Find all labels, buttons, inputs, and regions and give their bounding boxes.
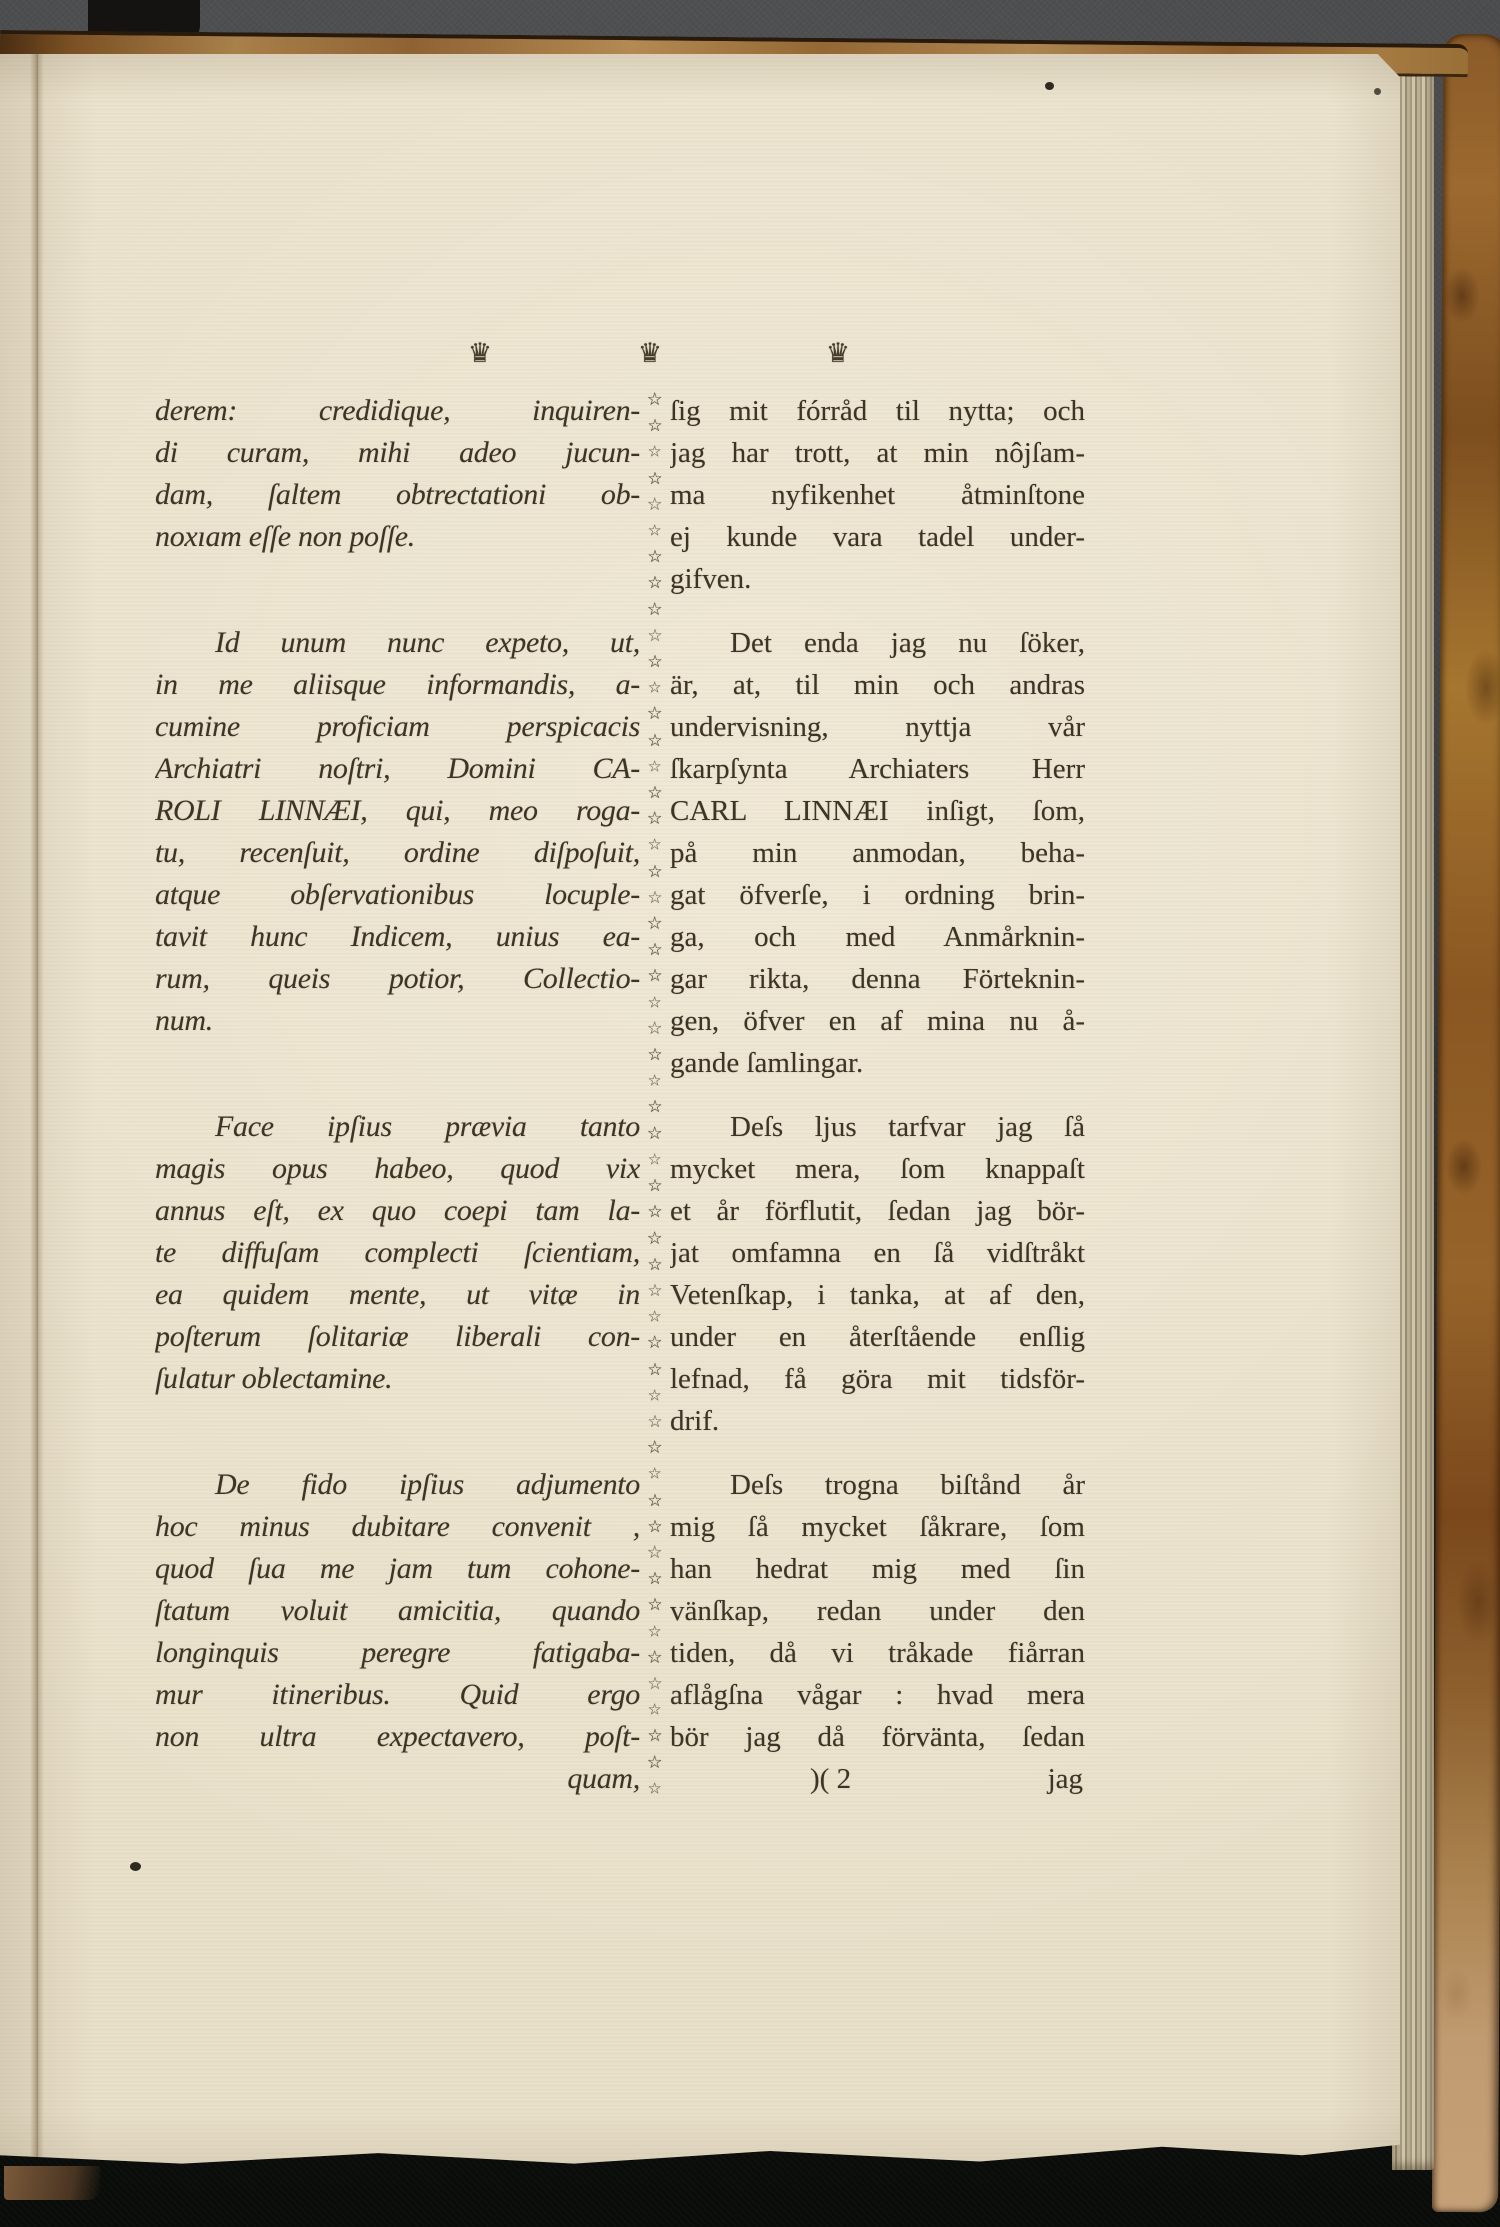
star-ornament-icon: ☆ xyxy=(648,1310,662,1326)
text-line: in me aliisque informandis, a- xyxy=(155,664,640,706)
star-ornament-icon: ☆ xyxy=(648,681,662,697)
book-cover-bottom-left-tip xyxy=(4,2166,100,2200)
star-ornament-icon: ☆ xyxy=(647,916,663,934)
text-line: gat öfverſe, i ordning brin- xyxy=(670,874,1085,916)
text-line: mig ſå mycket ſåkrare, ſom xyxy=(670,1506,1085,1548)
star-ornament-icon: ☆ xyxy=(647,1362,662,1379)
text-line: på min anmodan, beha- xyxy=(670,832,1085,874)
text-line: num. xyxy=(155,1000,640,1042)
star-ornament-icon: ☆ xyxy=(648,760,662,776)
text-line: drif. xyxy=(670,1400,1085,1442)
text-line: gande ſamlingar. xyxy=(670,1042,1085,1084)
signature-line: )( 2jag xyxy=(670,1758,1085,1800)
text-line: är, at, til min och andras xyxy=(670,664,1085,706)
star-ornament-icon: ☆ xyxy=(647,733,662,750)
text-line: bör jag då förvänta, ſedan xyxy=(670,1716,1085,1758)
star-ornament-icon: ☆ xyxy=(647,785,662,802)
star-ornament-icon: ☆ xyxy=(647,1728,662,1745)
text-line: gar rikta, denna Förteknin- xyxy=(670,958,1085,1000)
text-line: Vetenſkap, i tanka, at af den, xyxy=(670,1274,1085,1316)
text-line: ſig mit fórråd til nytta; och xyxy=(670,390,1085,432)
two-column-text: ☆☆☆☆☆☆☆☆☆☆☆☆☆☆☆☆☆☆☆☆☆☆☆☆☆☆☆☆☆☆☆☆☆☆☆☆☆☆☆☆… xyxy=(155,390,1085,1800)
text-block: ♛ ♛ ♛ ☆☆☆☆☆☆☆☆☆☆☆☆☆☆☆☆☆☆☆☆☆☆☆☆☆☆☆☆☆☆☆☆☆☆… xyxy=(155,338,1085,1800)
col-right-paragraph-1: ſig mit fórråd til nytta; ochjag har tro… xyxy=(670,390,1085,600)
text-line: De fido ipſius adjumento xyxy=(155,1464,640,1506)
text-line: hoc minus dubitare convenit , xyxy=(155,1506,640,1548)
text-line: lefnad, få göra mit tidsför- xyxy=(670,1358,1085,1400)
book-page: ♛ ♛ ♛ ☆☆☆☆☆☆☆☆☆☆☆☆☆☆☆☆☆☆☆☆☆☆☆☆☆☆☆☆☆☆☆☆☆☆… xyxy=(0,54,1400,2170)
text-line: Deſs ljus tarfvar jag ſå xyxy=(670,1106,1085,1148)
text-line: atque obſervationibus locuple- xyxy=(155,874,640,916)
star-ornament-icon: ☆ xyxy=(648,1153,662,1169)
text-line: mur itineribus. Quid ergo xyxy=(155,1674,640,1716)
star-ornament-icon: ☆ xyxy=(647,1047,662,1064)
star-ornament-icon: ☆ xyxy=(648,838,662,854)
text-line: rum, queis potior, Collectio- xyxy=(155,958,640,1000)
star-ornament-icon: ☆ xyxy=(647,706,663,724)
text-line: han hedrat mig med ſin xyxy=(670,1548,1085,1590)
star-ornament-icon: ☆ xyxy=(647,1230,663,1248)
col-right-paragraph-4: Deſs trogna biſtånd årmig ſå mycket ſåkr… xyxy=(670,1464,1085,1800)
star-ornament-icon: ☆ xyxy=(648,1074,662,1090)
ink-speck xyxy=(1045,82,1054,90)
text-line: annus eſt, ex quo coepi tam la- xyxy=(155,1190,640,1232)
text-line: gen, öfver en af mina nu å- xyxy=(670,1000,1085,1042)
ornament-row: ♛ ♛ ♛ xyxy=(155,338,1085,386)
star-ornament-icon: ☆ xyxy=(648,445,662,461)
star-ornament-icon: ☆ xyxy=(647,1571,662,1588)
star-ornament-icon: ☆ xyxy=(647,1519,662,1536)
text-line: ROLI LINNÆI, qui, meo roga- xyxy=(155,790,640,832)
star-ornament-icon: ☆ xyxy=(647,1178,662,1195)
col-right-paragraph-2: Det enda jag nu ſöker,är, at, til min oc… xyxy=(670,622,1085,1084)
signature-mark: )( 2 xyxy=(810,1758,851,1800)
text-line: gifven. xyxy=(670,558,1085,600)
star-ornament-icon: ☆ xyxy=(648,1388,662,1404)
star-ornament-icon: ☆ xyxy=(647,549,662,566)
text-line: jag har trott, at min nôjſam- xyxy=(670,432,1085,474)
star-ornament-icon: ☆ xyxy=(647,1335,663,1353)
star-ornament-icon: ☆ xyxy=(647,1125,663,1143)
star-ornament-icon: ☆ xyxy=(647,654,662,671)
star-ornament-icon: ☆ xyxy=(647,1099,662,1116)
gutter-crease xyxy=(30,54,44,2170)
text-line: ſkarpſynta Archiaters Herr xyxy=(670,748,1085,790)
star-ornament-icon: ☆ xyxy=(647,1283,662,1300)
text-line: ej kunde vara tadel under- xyxy=(670,516,1085,558)
star-ornament-icon: ☆ xyxy=(647,942,662,959)
text-line: magis opus habeo, quod vix xyxy=(155,1148,640,1190)
star-ornament-icon: ☆ xyxy=(647,864,662,881)
crown-ornament-icon: ♛ xyxy=(826,338,850,369)
star-ornament-icon: ☆ xyxy=(647,1676,662,1693)
star-ornament-icon: ☆ xyxy=(648,995,662,1011)
star-ornament-icon: ☆ xyxy=(647,968,662,985)
star-ornament-icon: ☆ xyxy=(647,418,662,435)
col-left-paragraph-4: De fido ipſius adjumentohoc minus dubita… xyxy=(155,1464,640,1800)
star-ornament-icon: ☆ xyxy=(648,1781,662,1797)
text-line: te diffuſam complecti ſcientiam, xyxy=(155,1232,640,1274)
text-line: Face ipſius prævia tanto xyxy=(155,1106,640,1148)
catchword: quam, xyxy=(155,1758,640,1800)
star-ornament-icon: ☆ xyxy=(647,1649,663,1667)
crown-ornament-icon: ♛ xyxy=(638,338,662,369)
star-ornament-icon: ☆ xyxy=(647,1754,663,1772)
text-line: undervisning, nyttja vår xyxy=(670,706,1085,748)
text-line: Archiatri noſtri, Domini CA- xyxy=(155,748,640,790)
star-ornament-icon: ☆ xyxy=(648,524,662,540)
star-ornament-icon: ☆ xyxy=(647,1493,662,1510)
ink-speck xyxy=(130,1862,141,1871)
star-ornament-icon: ☆ xyxy=(647,1021,663,1039)
star-ornament-icon: ☆ xyxy=(647,1414,662,1431)
text-line: tiden, då vi tråkade fiårran xyxy=(670,1632,1085,1674)
star-ornament-icon: ☆ xyxy=(647,496,663,514)
star-ornament-icon: ☆ xyxy=(647,1545,663,1563)
star-ornament-icon: ☆ xyxy=(647,601,663,619)
text-line: Det enda jag nu ſöker, xyxy=(670,622,1085,664)
text-line: tu, recenſuit, ordine diſpoſuit, xyxy=(155,832,640,874)
col-right-paragraph-3: Deſs ljus tarfvar jag ſåmycket mera, ſom… xyxy=(670,1106,1085,1442)
star-ornament-icon: ☆ xyxy=(648,1624,662,1640)
text-line: et år förflutit, ſedan jag bör- xyxy=(670,1190,1085,1232)
text-line: ſulatur oblectamine. xyxy=(155,1358,640,1400)
star-ornament-icon: ☆ xyxy=(647,575,662,592)
star-ornament-icon: ☆ xyxy=(648,1703,662,1719)
text-line: vänſkap, redan under den xyxy=(670,1590,1085,1632)
text-line: aflågſna vågar : hvad mera xyxy=(670,1674,1085,1716)
star-ornament-icon: ☆ xyxy=(647,811,663,829)
text-line: under en återſtående enſlig xyxy=(670,1316,1085,1358)
text-line: di curam, mihi adeo jucun- xyxy=(155,432,640,474)
book-cover-right-edge xyxy=(1432,34,1500,2212)
text-line: longinquis peregre fatigaba- xyxy=(155,1632,640,1674)
col-left-paragraph-1: derem: credidique, inquiren-di curam, mi… xyxy=(155,390,640,600)
star-ornament-icon: ☆ xyxy=(647,1440,663,1458)
star-ornament-icon: ☆ xyxy=(648,1467,662,1483)
text-line: Deſs trogna biſtånd år xyxy=(670,1464,1085,1506)
text-line: cumine proficiam perspicacis xyxy=(155,706,640,748)
star-ornament-icon: ☆ xyxy=(647,1204,662,1221)
text-line: ga, och med Anmårknin- xyxy=(670,916,1085,958)
text-line: ſtatum voluit amicitia, quando xyxy=(155,1590,640,1632)
col-left-paragraph-3: Face ipſius prævia tantomagis opus habeo… xyxy=(155,1106,640,1442)
ink-speck xyxy=(1374,88,1381,95)
star-ornament-icon: ☆ xyxy=(647,471,662,488)
star-ornament-icon: ☆ xyxy=(647,392,663,410)
star-ornament-icon: ☆ xyxy=(647,628,662,645)
text-line: tavit hunc Indicem, unius ea- xyxy=(155,916,640,958)
star-ornament-icon: ☆ xyxy=(647,1257,662,1274)
text-line: dam, ſaltem obtrectationi ob- xyxy=(155,474,640,516)
crown-ornament-icon: ♛ xyxy=(468,338,492,369)
text-line: ea quidem mente, ut vitæ in xyxy=(155,1274,640,1316)
catchword: jag xyxy=(1048,1758,1083,1800)
text-line: poſterum ſolitariæ liberali con- xyxy=(155,1316,640,1358)
text-line: mycket mera, ſom knappaſt xyxy=(670,1148,1085,1190)
text-line: quod ſua me jam tum cohone- xyxy=(155,1548,640,1590)
text-line: derem: credidique, inquiren- xyxy=(155,390,640,432)
star-divider: ☆☆☆☆☆☆☆☆☆☆☆☆☆☆☆☆☆☆☆☆☆☆☆☆☆☆☆☆☆☆☆☆☆☆☆☆☆☆☆☆… xyxy=(640,390,670,1800)
text-line: ma nyfikenhet åtminſtone xyxy=(670,474,1085,516)
text-line: noxıam eſſe non poſſe. xyxy=(155,516,640,558)
text-line: jat omfamna en ſå vidſtråkt xyxy=(670,1232,1085,1274)
col-left-paragraph-2: Id unum nunc expeto, ut,in me aliisque i… xyxy=(155,622,640,1084)
scan-background: ♛ ♛ ♛ ☆☆☆☆☆☆☆☆☆☆☆☆☆☆☆☆☆☆☆☆☆☆☆☆☆☆☆☆☆☆☆☆☆☆… xyxy=(0,0,1500,2227)
star-ornament-icon: ☆ xyxy=(647,1597,662,1614)
text-line: Id unum nunc expeto, ut, xyxy=(155,622,640,664)
star-ornament-icon: ☆ xyxy=(647,890,662,907)
text-line: non ultra expectavero, poſt- xyxy=(155,1716,640,1758)
text-line: CARL LINNÆI inſigt, ſom, xyxy=(670,790,1085,832)
